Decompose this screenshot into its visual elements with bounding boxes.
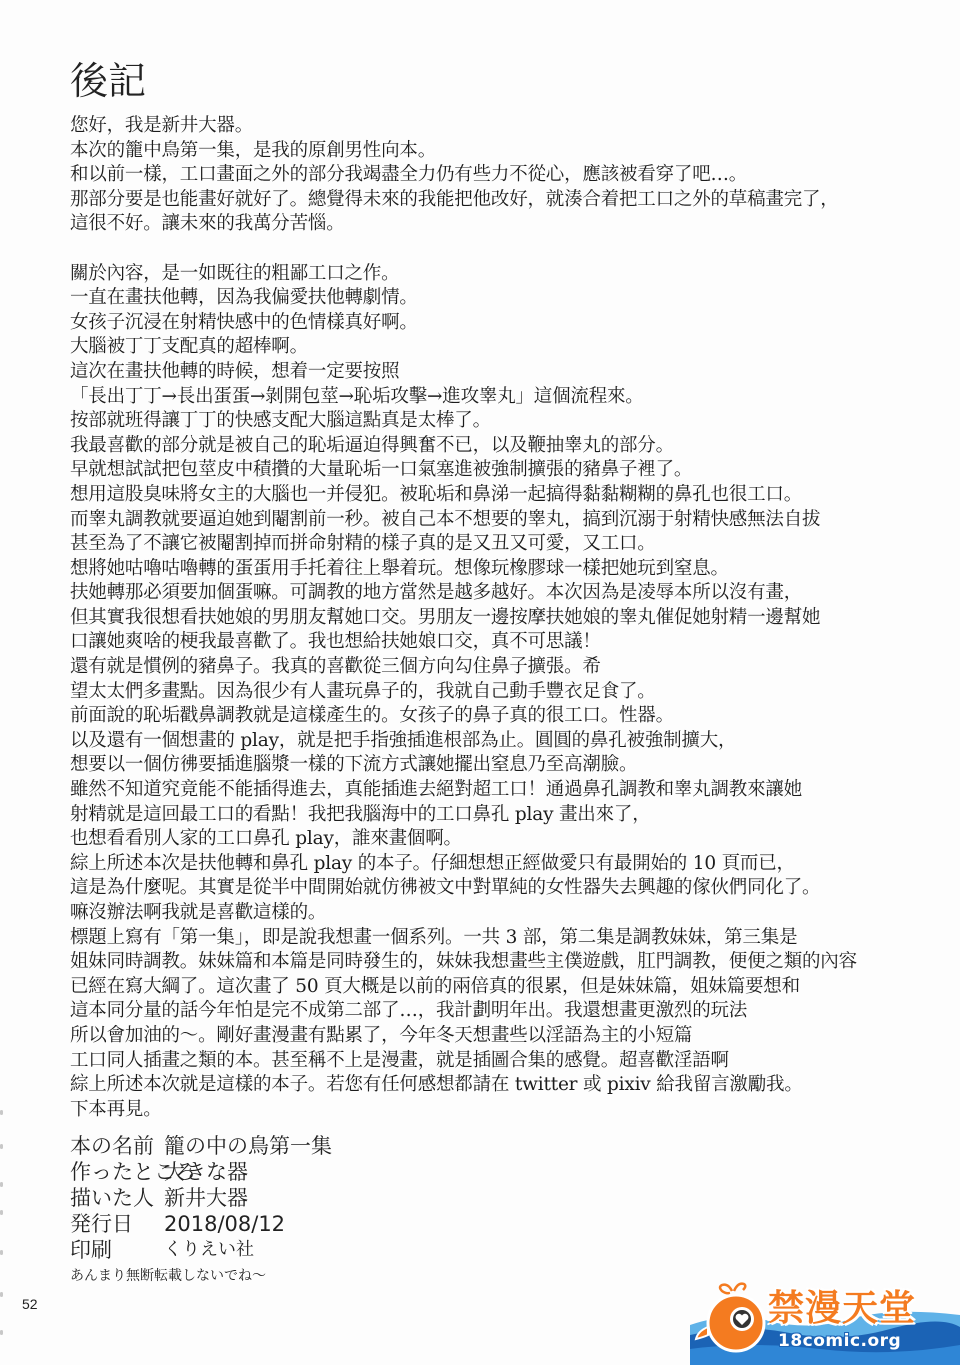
colophon-value: 新井大器 xyxy=(164,1185,248,1211)
text-line: 下本再見。 xyxy=(70,1098,960,1123)
watermark-title: 禁漫天堂 xyxy=(768,1289,916,1329)
text-line: 甚至為了不讓它被閹割掉而拼命射精的樣子真的是又丑又可愛，又工口。 xyxy=(70,532,960,557)
text-line: 想要以一個仿彿要插進腦漿一樣的下流方式讓她擺出窒息乃至高潮臉。 xyxy=(70,753,960,778)
text-line: 我最喜歡的部分就是被自己的恥垢逼迫得興奮不已，以及鞭抽睾丸的部分。 xyxy=(70,434,960,459)
site-watermark: 禁漫天堂 18comic.org xyxy=(690,1275,960,1365)
colophon-value: くりえい社 xyxy=(164,1237,254,1263)
colophon: 本の名前 籠の中の鳥第一集 作ったところ 大きな器 描いた人 新井大器 発行日 … xyxy=(70,1133,332,1287)
page-title: 後記 xyxy=(70,60,146,102)
binding-hole xyxy=(0,1144,3,1149)
text-line: 也想看看別人家的工口鼻孔 play，誰來畫個啊。 xyxy=(70,827,960,852)
text-line: 這本同分量的話今年怕是完不成第二部了…，我計劃明年出。我還想畫更激烈的玩法 xyxy=(70,999,960,1024)
colophon-note: あんまり無断転載しないでね～ xyxy=(70,1265,332,1287)
afterword-body: 您好，我是新井大器。本次的籠中鳥第一集，是我的原創男性向本。和以前一樣，工口畫面… xyxy=(70,114,960,1122)
colophon-label: 作ったところ xyxy=(70,1159,164,1185)
text-line: 和以前一樣，工口畫面之外的部分我竭盡全力仍有些力不從心，應該被看穿了吧…。 xyxy=(70,163,960,188)
page-number: 52 xyxy=(22,1296,38,1312)
colophon-row-author: 描いた人 新井大器 xyxy=(70,1185,332,1211)
text-line: 而睾丸調教就要逼迫她到閹割前一秒。被自己本不想要的睾丸，搞到沉溺于射精快感無法自… xyxy=(70,508,960,533)
colophon-row-date: 発行日 2018/08/12 xyxy=(70,1211,332,1237)
text-line: 「長出丁丁→長出蛋蛋→剝開包莖→恥垢攻擊→進攻睾丸」這個流程來。 xyxy=(70,385,960,410)
text-line: 女孩子沉浸在射精快感中的色情樣真好啊。 xyxy=(70,311,960,336)
text-line: 本次的籠中鳥第一集，是我的原創男性向本。 xyxy=(70,139,960,164)
text-line: 雖然不知道究竟能不能插得進去，真能插進去絕對超工口！通過鼻孔調教和睾丸調教來讓她 xyxy=(70,778,960,803)
colophon-row-circle: 作ったところ 大きな器 xyxy=(70,1159,332,1185)
text-line: 望太太們多畫點。因為很少有人畫玩鼻子的，我就自己動手豐衣足食了。 xyxy=(70,680,960,705)
text-line: 這次在畫扶他轉的時候，想着一定要按照 xyxy=(70,360,960,385)
text-line: 大腦被丁丁支配真的超棒啊。 xyxy=(70,335,960,360)
text-line: 綜上所述本次是扶他轉和鼻孔 play 的本子。仔細想想正經做愛只有最開始的 10… xyxy=(70,852,960,877)
text-line: 扶她轉那必須要加個蛋嘛。可調教的地方當然是越多越好。本次因為是凌辱本所以沒有畫， xyxy=(70,581,960,606)
text-line: 這是為什麼呢。其實是從半中間開始就仿彿被文中對單純的女性器失去興趣的傢伙們同化了… xyxy=(70,876,960,901)
colophon-row-title: 本の名前 籠の中の鳥第一集 xyxy=(70,1133,332,1159)
colophon-value: 籠の中の鳥第一集 xyxy=(164,1133,332,1159)
colophon-label: 描いた人 xyxy=(70,1185,164,1211)
text-line: 以及還有一個想畫的 play，就是把手指強插進根部為止。圓圓的鼻孔被強制擴大， xyxy=(70,729,960,754)
whale-heart-logo-icon xyxy=(694,1277,774,1357)
colophon-label: 発行日 xyxy=(70,1211,164,1237)
binding-hole xyxy=(0,1210,3,1215)
text-line: 關於內容，是一如既往的粗鄙工口之作。 xyxy=(70,262,960,287)
binding-hole xyxy=(0,1182,3,1187)
text-line: 標題上寫有「第一集」，即是說我想畫一個系列。一共 3 部，第二集是調教妹妹，第三… xyxy=(70,926,960,951)
colophon-label: 印刷 xyxy=(70,1237,164,1263)
text-line: 嘛沒辦法啊我就是喜歡這樣的。 xyxy=(70,901,960,926)
paragraph-break xyxy=(70,237,960,262)
binding-hole xyxy=(0,1330,3,1335)
text-line: 但其實我很想看扶她娘的男朋友幫她口交。男朋友一邊按摩扶她娘的睾丸催促她射精一邊幫… xyxy=(70,606,960,631)
text-line: 口讓她爽啥的梗我最喜歡了。我也想給扶她娘口交，真不可思議！ xyxy=(70,630,960,655)
text-line: 按部就班得讓丁丁的快感支配大腦這點真是太棒了。 xyxy=(70,409,960,434)
binding-hole xyxy=(0,1250,3,1255)
text-line: 綜上所述本次就是這樣的本子。若您有任何感想都請在 twitter 或 pixiv… xyxy=(70,1073,960,1098)
text-line: 想將她咕嚕咕嚕轉的蛋蛋用手托着往上舉着玩。想像玩橡膠球一樣把她玩到窒息。 xyxy=(70,557,960,582)
text-line: 那部分要是也能畫好就好了。總覺得未來的我能把他改好，就湊合着把工口之外的草稿畫完… xyxy=(70,188,960,213)
text-line: 姐妹同時調教。妹妹篇和本篇是同時發生的，妹妹我想畫些主僕遊戲，肛門調教，便便之類… xyxy=(70,950,960,975)
text-line: 您好，我是新井大器。 xyxy=(70,114,960,139)
colophon-label: 本の名前 xyxy=(70,1133,164,1159)
colophon-value: 大きな器 xyxy=(164,1159,248,1185)
binding-hole xyxy=(0,1110,3,1115)
text-line: 射精就是這回最工口的看點！我把我腦海中的工口鼻孔 play 畫出來了， xyxy=(70,803,960,828)
text-line: 工口同人插畫之類的本。甚至稱不上是漫畫，就是插圖合集的感覺。超喜歡淫語啊 xyxy=(70,1049,960,1074)
text-line: 所以會加油的～。剛好畫漫畫有點累了，今年冬天想畫些以淫語為主的小短篇 xyxy=(70,1024,960,1049)
text-line: 一直在畫扶他轉，因為我偏愛扶他轉劇情。 xyxy=(70,286,960,311)
text-line: 早就想試試把包莖皮中積攢的大量恥垢一口氣塞進被強制擴張的豬鼻子裡了。 xyxy=(70,458,960,483)
watermark-url: 18comic.org xyxy=(778,1331,901,1351)
colophon-value: 2018/08/12 xyxy=(164,1211,285,1237)
text-line: 已經在寫大綱了。這次畫了 50 頁大概是以前的兩倍真的很累，但是妹妹篇，姐妹篇要… xyxy=(70,975,960,1000)
text-line: 想用這股臭味將女主的大腦也一并侵犯。被恥垢和鼻涕一起搞得黏黏糊糊的鼻孔也很工口。 xyxy=(70,483,960,508)
text-line: 這很不好。讓未來的我萬分苦惱。 xyxy=(70,212,960,237)
text-line: 前面說的恥垢戳鼻調教就是這樣產生的。女孩子的鼻子真的很工口。性器。 xyxy=(70,704,960,729)
text-line: 還有就是慣例的豬鼻子。我真的喜歡從三個方向勾住鼻子擴張。希 xyxy=(70,655,960,680)
colophon-row-printer: 印刷 くりえい社 xyxy=(70,1237,332,1263)
binding-hole xyxy=(0,1292,3,1297)
